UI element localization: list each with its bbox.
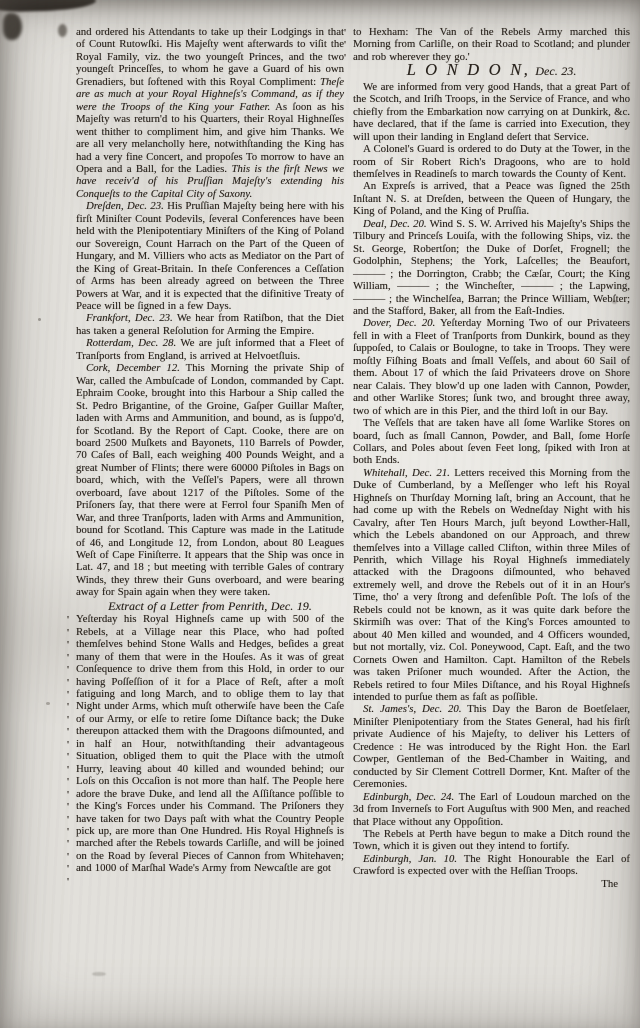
dateline: Edinburgh, Jan. 10. [363, 853, 457, 865]
dateline: Frankfort, Dec. 23. [86, 312, 173, 324]
paper-speck [46, 702, 50, 705]
quoted-letter-continuation: ' ' ' to Hexham: The Van of the Rebels A… [353, 26, 630, 63]
news-paragraph-tower-guard: A Colonel's Guard is ordered to do Duty … [353, 143, 630, 180]
news-paragraph-dover: Dover, Dec. 20. Yeſterday Morning Two of… [353, 317, 630, 417]
paper-speck [38, 318, 41, 321]
dateline: Dover, Dec. 20. [363, 317, 435, 329]
ink-smudge-left-margin [3, 13, 22, 40]
news-paragraph-troops: We are informed from very good Hands, th… [353, 81, 630, 143]
left-column: and ordered his Attendants to take up th… [76, 26, 344, 875]
paragraph-text: Yeſterday Morning Two of our Privateers … [353, 317, 630, 416]
paragraph-text: An Expreſs is arrived, that a Peace was … [353, 180, 630, 217]
dateline: Edinburgh, Dec. 24. [363, 791, 454, 803]
catchword: The [353, 878, 630, 890]
paragraph-text: The Rebels at Perth have begun to make a… [353, 828, 630, 852]
news-paragraph-whitehall: Whitehall, Dec. 21. Letters received thi… [353, 467, 630, 704]
paper-speck [92, 972, 106, 976]
news-paragraph-edinburgh-jan10: Edinburgh, Jan. 10. The Right Honourable… [353, 853, 630, 878]
ink-speck-top [58, 24, 67, 37]
quote-mark-gutter: ' ' ' ' ' ' ' ' ' ' ' ' ' ' ' ' ' ' ' ' … [67, 614, 69, 888]
dateline: St. James's, Dec. 20. [363, 703, 461, 715]
news-paragraph-frankfort: Frankfort, Dec. 23. We hear from Ratiſbo… [76, 312, 344, 337]
paragraph-text: and ordered his Attendants to take up th… [76, 26, 344, 88]
section-heading-london: L O N D O N,Dec. 23. [353, 64, 630, 78]
news-paragraph-peace-express: An Expreſs is arrived, that a Peace was … [353, 180, 630, 217]
news-paragraph-court-continuation: and ordered his Attendants to take up th… [76, 26, 344, 200]
paragraph-text: Wind S. S. W. Arrived his Majeſty's Ship… [353, 218, 630, 317]
dateline: Dreſden, Dec. 23. [86, 200, 164, 212]
dateline: Cork, December 12. [86, 362, 180, 374]
quote-mark-gutter: ' ' ' [344, 27, 346, 64]
paragraph-text: Letters received this Morning from the D… [353, 467, 630, 703]
right-column: ' ' ' to Hexham: The Van of the Rebels A… [353, 26, 630, 890]
news-paragraph-dresden: Dreſden, Dec. 23. His Pruſſian Majeſty b… [76, 200, 344, 312]
paragraph-text: His Pruſſian Majeſty being here with his… [76, 200, 344, 312]
letter-heading: Extract of a Letter from Penrith, Dec. 1… [76, 600, 344, 612]
london-date: Dec. 23. [535, 64, 576, 78]
news-paragraph-rotterdam: Rotterdam, Dec. 28. We are juſt informed… [76, 337, 344, 362]
news-paragraph-perth: The Rebels at Perth have begun to make a… [353, 828, 630, 853]
quoted-letter-penrith: ' ' ' ' ' ' ' ' ' ' ' ' ' ' ' ' ' ' ' ' … [76, 613, 344, 875]
paragraph-text: The Veſſels that are taken have all ſome… [353, 417, 630, 466]
news-paragraph-deal: Deal, Dec. 20. Wind S. S. W. Arrived his… [353, 218, 630, 318]
news-paragraph-vessels: The Veſſels that are taken have all ſome… [353, 417, 630, 467]
dateline: Rotterdam, Dec. 28. [86, 337, 176, 349]
letter-text: Yeſterday his Royal Highneſs came up wit… [76, 613, 344, 875]
dateline: Whitehall, Dec. 21. [363, 467, 450, 479]
paragraph-text: We are informed from very good Hands, th… [353, 81, 630, 143]
dateline: Deal, Dec. 20. [363, 218, 427, 230]
news-paragraph-st-james: St. James's, Dec. 20. This Day the Baron… [353, 703, 630, 790]
news-paragraph-edinburgh-dec24: Edinburgh, Dec. 24. The Earl of Loudoun … [353, 791, 630, 828]
paragraph-text: A Colonel's Guard is ordered to do Duty … [353, 143, 630, 180]
ink-smudge-top-left [0, 0, 96, 12]
letter-text: to Hexham: The Van of the Rebels Army ma… [353, 26, 630, 63]
paragraph-text: This Morning the private Ship of War, ca… [76, 362, 344, 598]
news-paragraph-cork: Cork, December 12. This Morning the priv… [76, 362, 344, 599]
paragraph-text: This Day the Baron de Boetſelaer, Miniſt… [353, 703, 630, 790]
